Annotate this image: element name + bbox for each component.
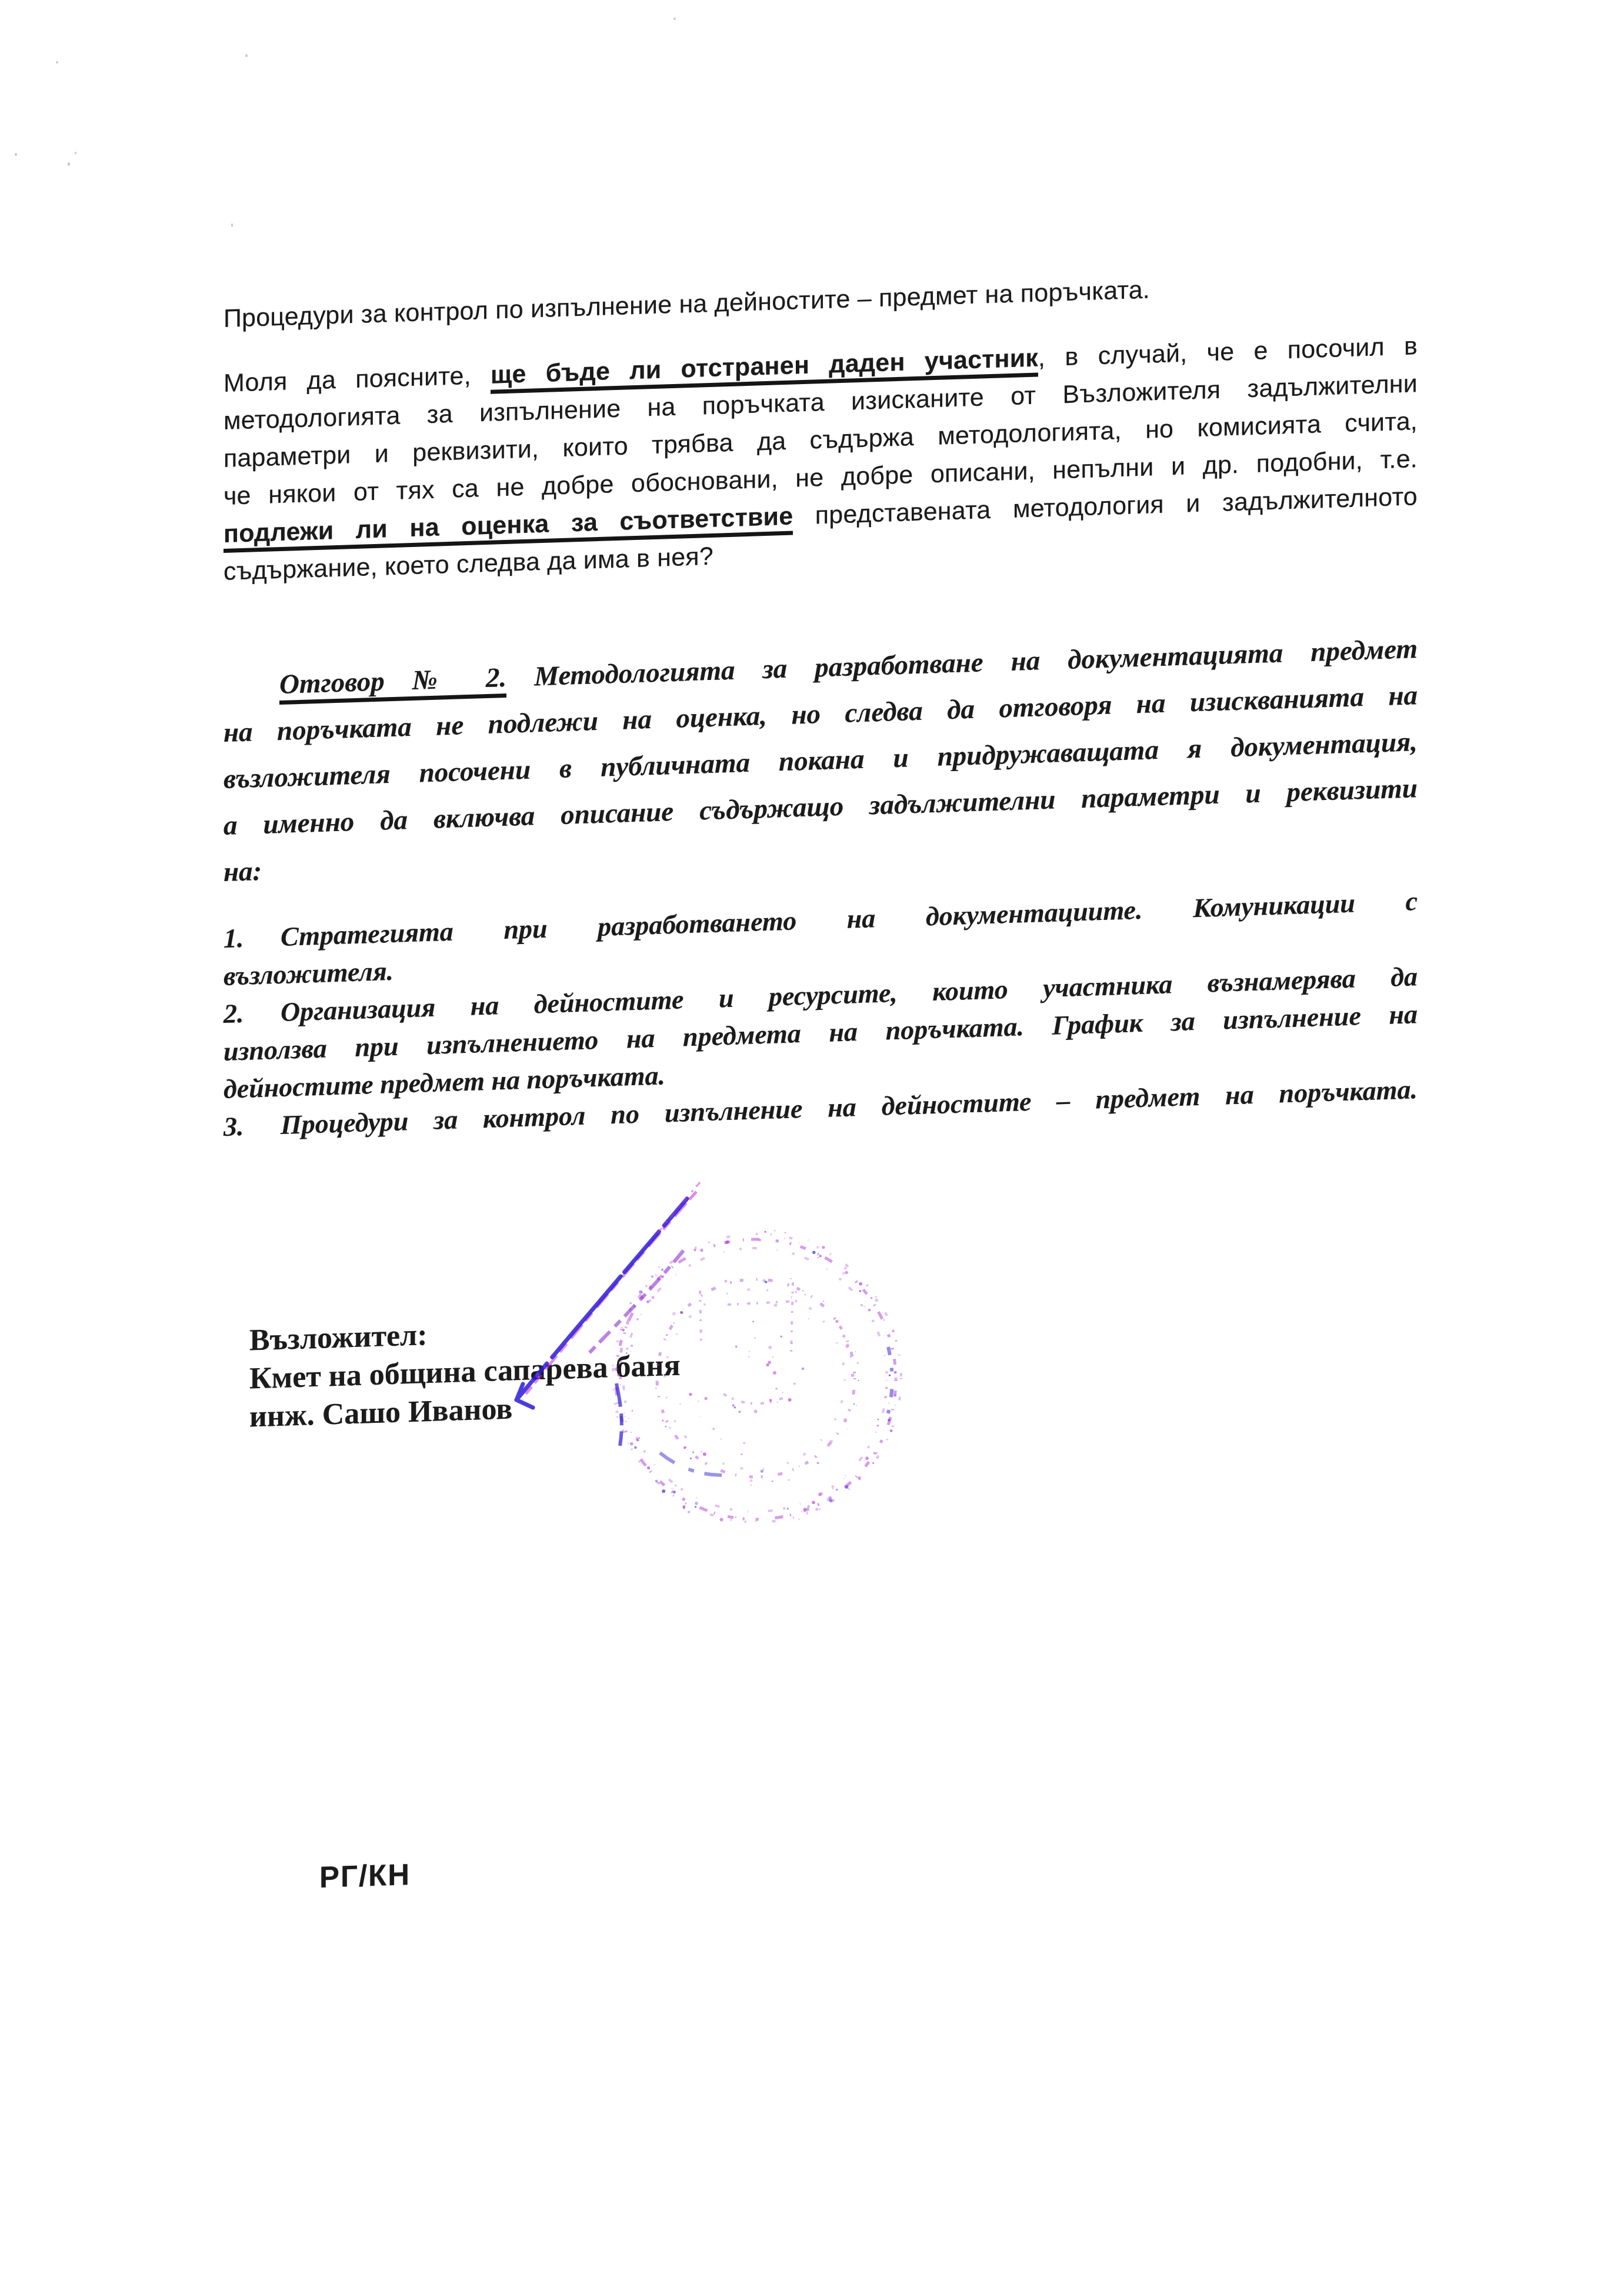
pen-signature-stroke-tail bbox=[616, 1383, 622, 1446]
stamp-arc-fragment bbox=[885, 1347, 892, 1423]
list-item-number: 2. bbox=[224, 993, 281, 1033]
question-paragraph: Моля да поясните, ще бъде ли отстранен д… bbox=[224, 327, 1418, 591]
list-item-number: 1. bbox=[224, 918, 281, 958]
scan-speck bbox=[68, 162, 70, 166]
scan-speck bbox=[56, 61, 58, 64]
stamp-outer-ring-echo bbox=[613, 1234, 901, 1522]
scanned-document-page: Процедури за контрол по изпълнение на де… bbox=[0, 0, 1624, 2291]
stamp-speckle-dots bbox=[612, 1230, 897, 1522]
document-content: Процедури за контрол по изпълнение на де… bbox=[224, 239, 1418, 276]
stamp-arc-fragment bbox=[660, 1453, 723, 1475]
scan-speck bbox=[15, 153, 17, 156]
question-text: Моля да поясните, bbox=[224, 361, 491, 398]
scan-speck bbox=[673, 18, 676, 20]
scan-speck bbox=[245, 54, 248, 57]
stamp-emblem-marks bbox=[700, 1282, 798, 1403]
scan-speck bbox=[75, 152, 76, 154]
list-item-number: 3. bbox=[224, 1106, 281, 1146]
answer-label: Отговор № 2. bbox=[279, 662, 506, 705]
scan-speck bbox=[231, 224, 233, 227]
round-ink-stamp bbox=[447, 1147, 976, 1618]
heading-procedures-line: Процедури за контрол по изпълнение на де… bbox=[224, 262, 1418, 338]
clerk-initials: РГ/КН bbox=[319, 1852, 555, 1895]
stamp-inner-ring bbox=[657, 1279, 855, 1477]
stamp-inner-ring-echo bbox=[665, 1289, 845, 1469]
stamp-second-ring bbox=[623, 1248, 887, 1512]
pen-signature-stroke-echo bbox=[526, 1192, 696, 1394]
answer-paragraph: Отговор № 2. Методологията за разработва… bbox=[224, 626, 1418, 896]
requirements-list: 1.Стратегията при разработването на доку… bbox=[224, 882, 1418, 1146]
text-line: Процедури за контрол по изпълнение на де… bbox=[224, 262, 1418, 338]
